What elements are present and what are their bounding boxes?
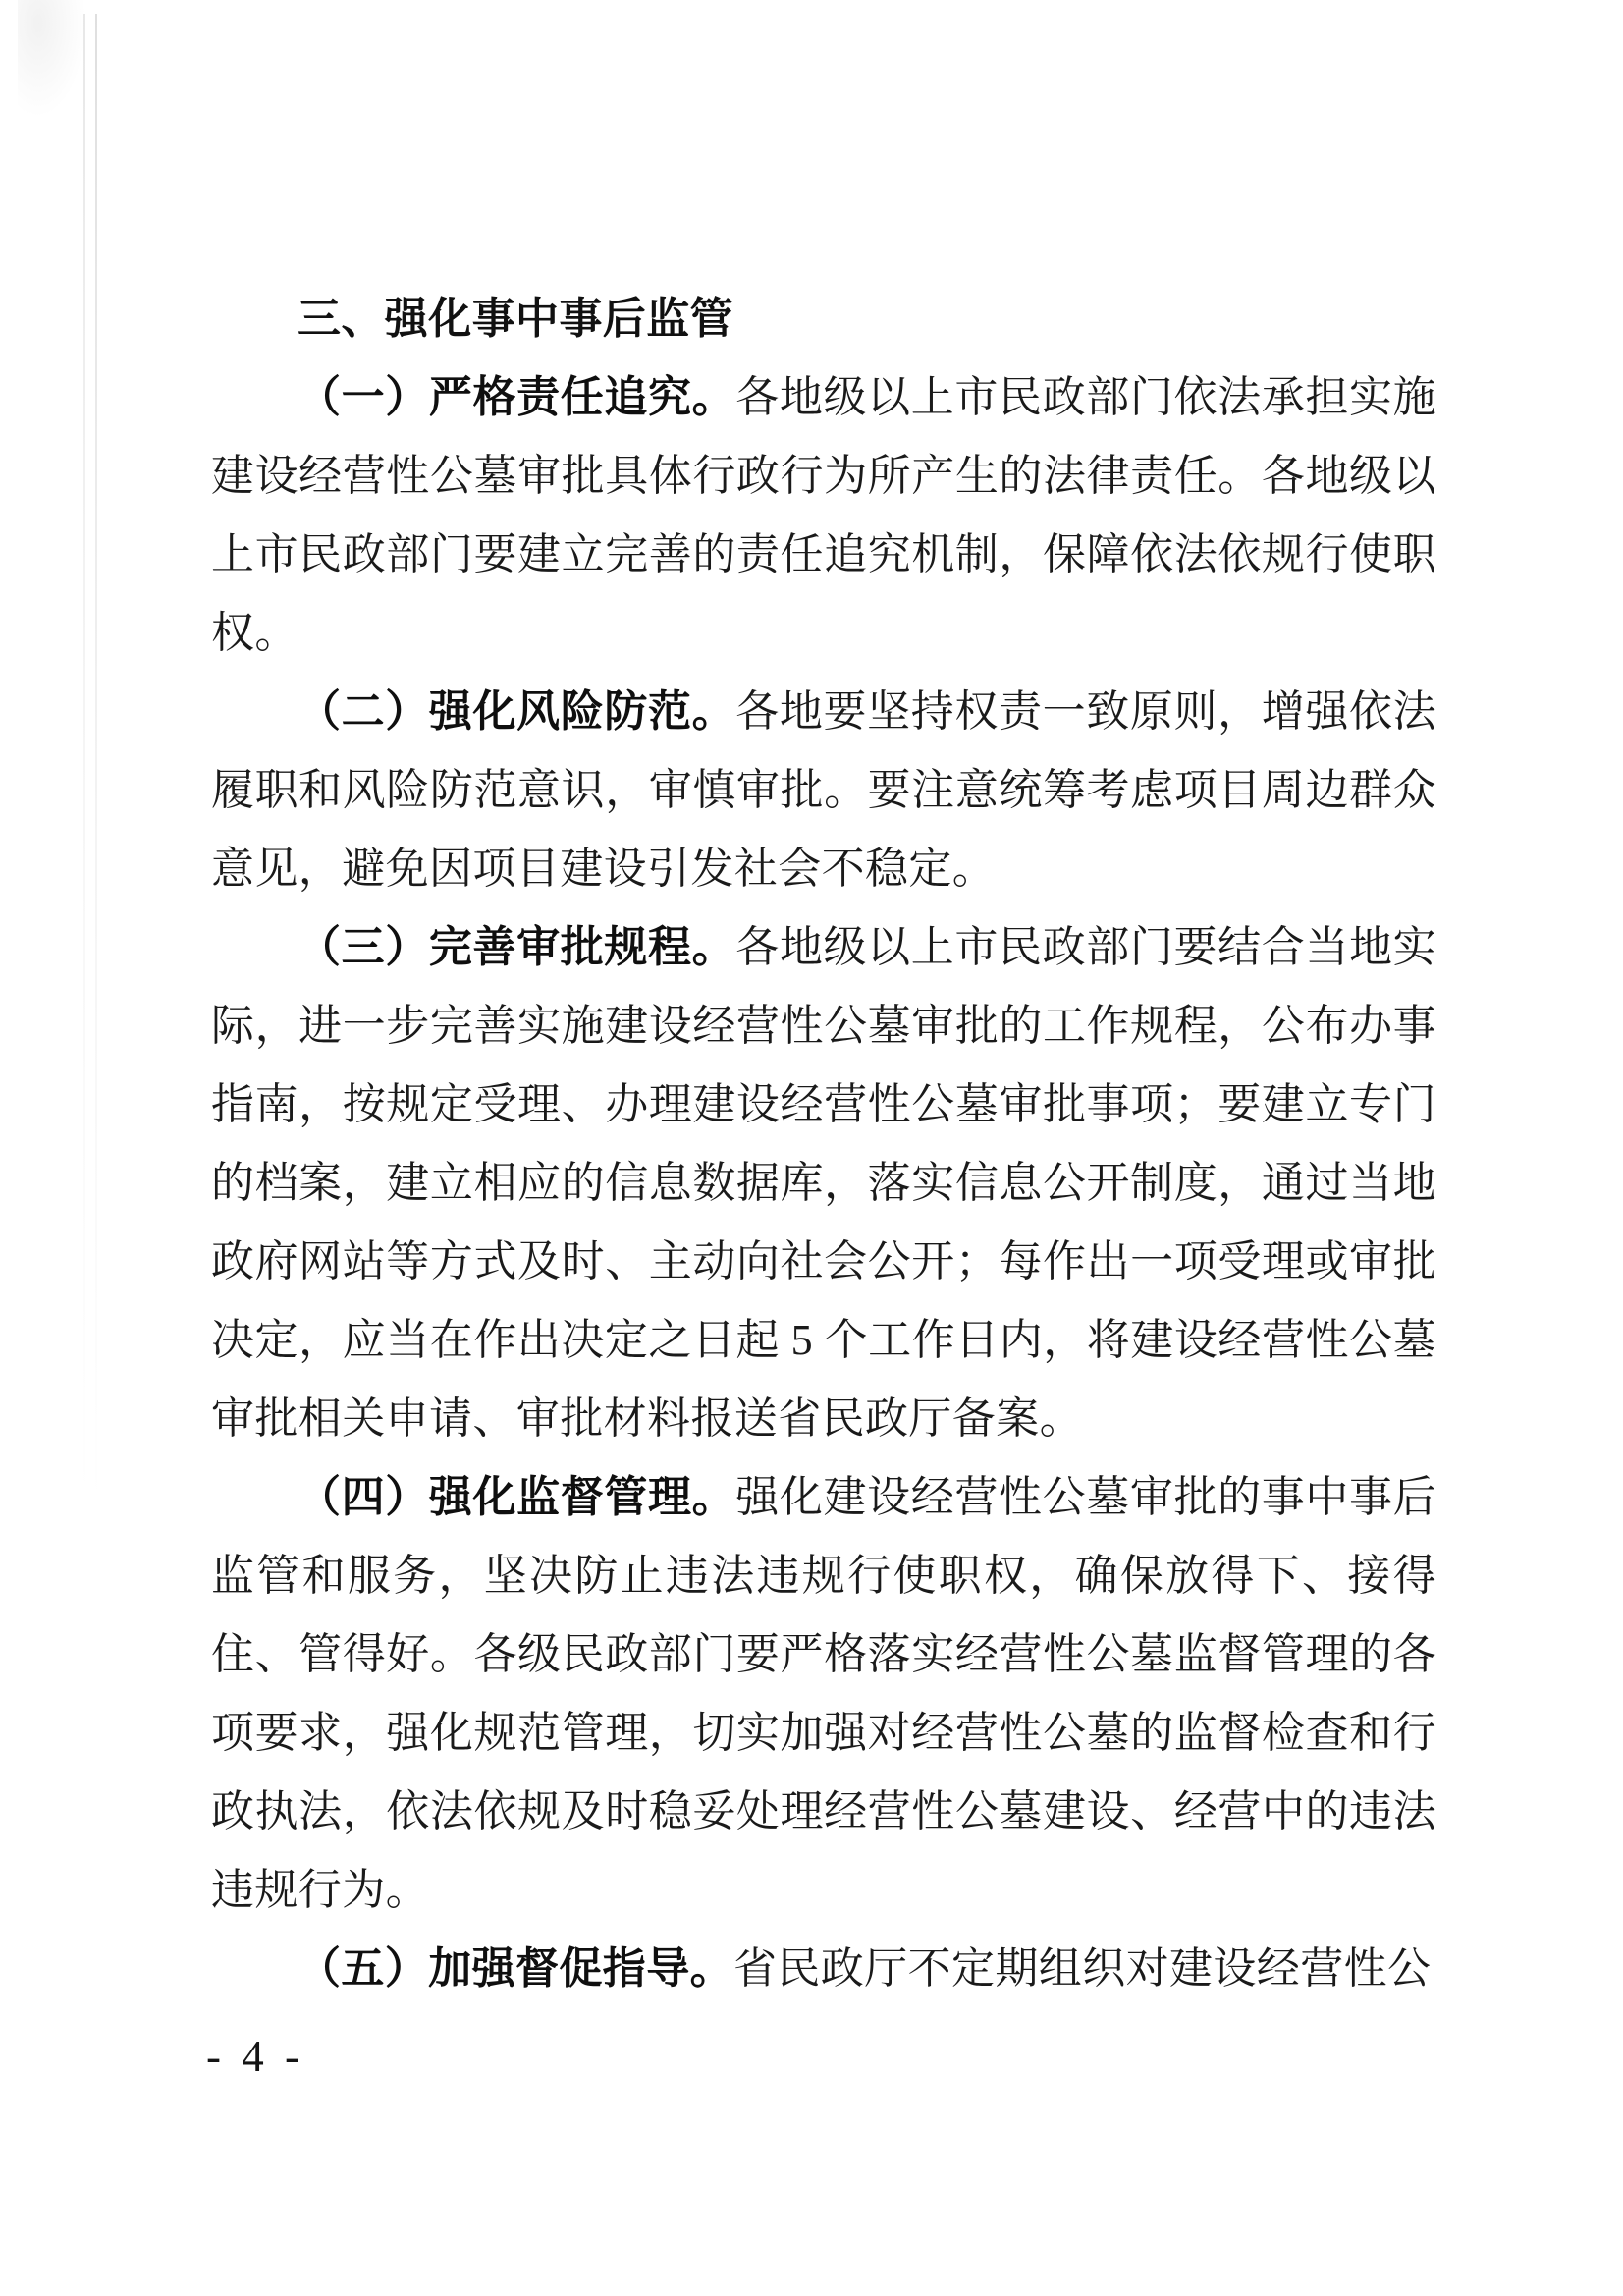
paragraph-3: （三）完善审批规程。各地级以上市民政部门要结合当地实际，进一步完善实施建设经营性… [211,908,1436,1458]
paragraph-3-lead: （三）完善审批规程。 [298,923,735,971]
paragraph-2-lead: （二）强化风险防范。 [298,687,735,736]
paragraph-1-lead: （一）严格责任追究。 [298,373,735,421]
paragraph-5-body: 省民政厅不定期组织对建设经营性公 [733,1944,1431,1993]
scan-line-artifact [83,14,85,1506]
paragraph-4-body: 强化建设经营性公墓审批的事中事后监管和服务，坚决防止违法违规行使职权，确保放得下… [211,1473,1436,1914]
paragraph-5-lead: （五）加强督促指导。 [298,1944,733,1993]
paragraph-1: （一）严格责任追究。各地级以上市民政部门依法承担实施建设经营性公墓审批具体行政行… [211,358,1436,673]
document-body: 三、强化事中事后监管 （一）严格责任追究。各地级以上市民政部门依法承担实施建设经… [211,280,1436,2008]
page-number: - 4 - [206,2027,304,2086]
section-heading: 三、强化事中事后监管 [211,280,1436,358]
paragraph-3-body: 各地级以上市民政部门要结合当地实际，进一步完善实施建设经营性公墓审批的工作规程，… [211,923,1436,1443]
paragraph-4-lead: （四）强化监督管理。 [298,1473,735,1521]
paragraph-5: （五）加强督促指导。省民政厅不定期组织对建设经营性公 [211,1930,1436,2008]
scan-line-artifact [95,14,97,1506]
scanned-document-page: 三、强化事中事后监管 （一）严格责任追究。各地级以上市民政部门依法承担实施建设经… [0,0,1623,2296]
paragraph-4: （四）强化监督管理。强化建设经营性公墓审批的事中事后监管和服务，坚决防止违法违规… [211,1458,1436,1930]
paragraph-2: （二）强化风险防范。各地要坚持权责一致原则，增强依法履职和风险防范意识，审慎审批… [211,673,1436,908]
scan-smudge-artifact [18,0,86,118]
